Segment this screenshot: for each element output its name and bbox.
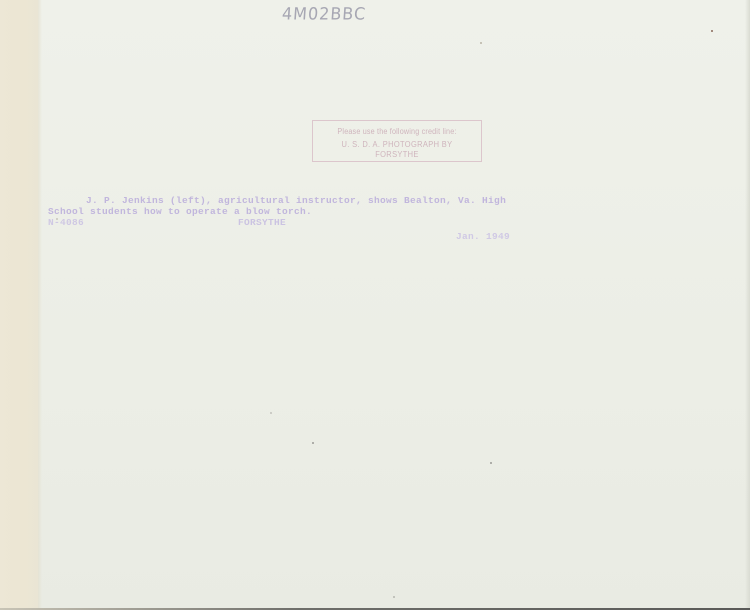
paper-speck [56,218,58,220]
paper-speck [393,596,395,598]
left-mount-band [0,0,38,610]
paper-speck [270,412,272,414]
paper-speck [480,42,482,44]
caption-photographer: FORSYTHE [238,218,286,228]
typed-caption: J. P. Jenkins (left), agricultural instr… [48,196,568,256]
credit-stamp-line-1: Please use the following credit line: [321,127,472,136]
paper-speck [312,442,314,444]
paper-speck [490,462,492,464]
credit-line-stamp: Please use the following credit line: U.… [312,120,482,162]
credit-stamp-line-2: U. S. D. A. PHOTOGRAPH BY FORSYTHE [323,139,471,159]
caption-negative-number: N-4086 [48,218,84,228]
photo-back-paper [0,0,750,610]
caption-line-2: School students how to operate a blow to… [48,207,312,217]
paper-speck [711,30,713,32]
handwritten-catalog-code: 4M02BBC [281,4,367,24]
right-paper-edge [745,0,750,610]
caption-date: Jan. 1949 [456,232,510,242]
caption-line-1: J. P. Jenkins (left), agricultural instr… [86,196,506,206]
